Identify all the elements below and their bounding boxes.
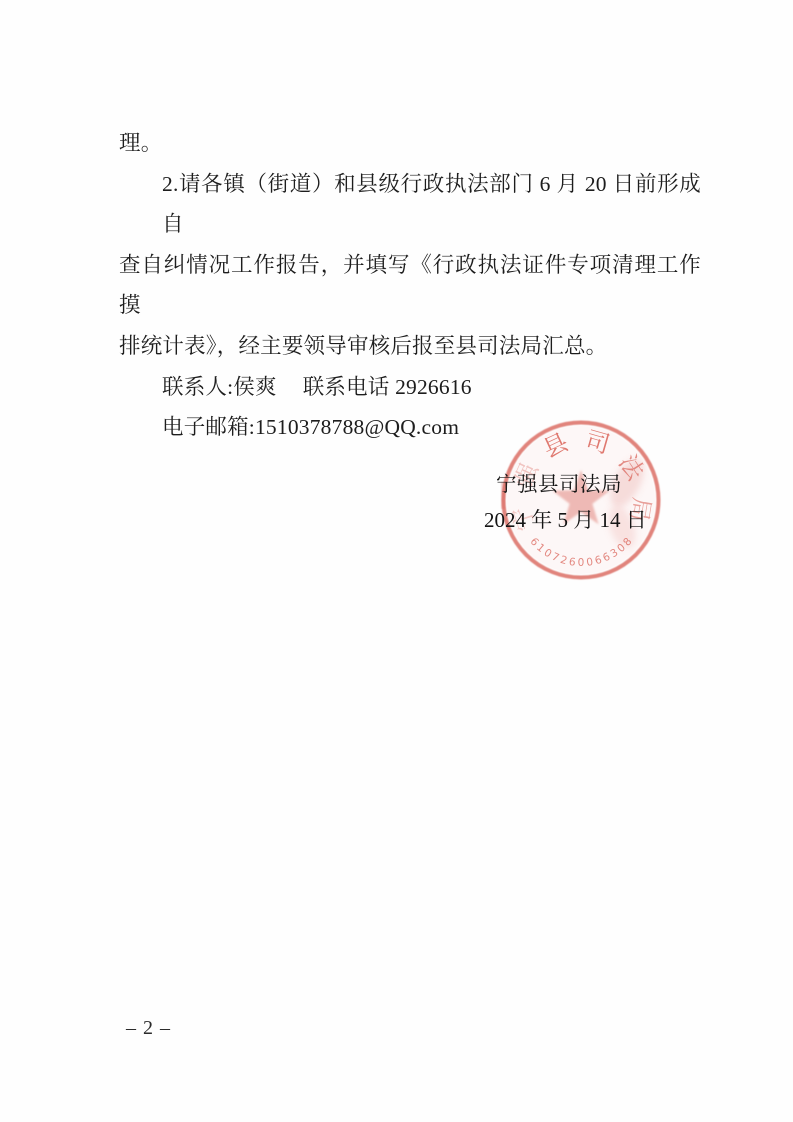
contact-phone: 联系电话 2926616 [303,375,472,399]
svg-text:0: 0 [578,557,585,569]
contact-email: 电子邮箱:1510378788@QQ.com [162,415,459,439]
paragraph-line: 2.请各镇（街道）和县级行政执法部门 6 月 20 日前形成自 [119,164,701,245]
paragraph-line: 排统计表》，经主要领导审核后报至县司法局汇总。 [119,326,701,367]
paragraph-line: 查自纠情况工作报告，并填写《行政执法证件专项清理工作摸 [119,245,701,326]
contact-person: 联系人:侯爽 [162,375,277,399]
signature-org: 宁强县司法局 [496,467,622,497]
signature-date: 2024 年 5 月 14 日 [484,504,647,534]
document-body: 理。 2.请各镇（街道）和县级行政执法部门 6 月 20 日前形成自 查自纠情况… [119,123,701,448]
contact-line: 联系人:侯爽联系电话 2926616 [119,367,701,408]
official-seal: 宁强县司法局 6107260066308 [486,405,676,595]
document-page: 理。 2.请各镇（街道）和县级行政执法部门 6 月 20 日前形成自 查自纠情况… [0,0,793,1122]
page-number: – 2 – [126,1017,171,1040]
paragraph-line: 理。 [119,123,701,164]
